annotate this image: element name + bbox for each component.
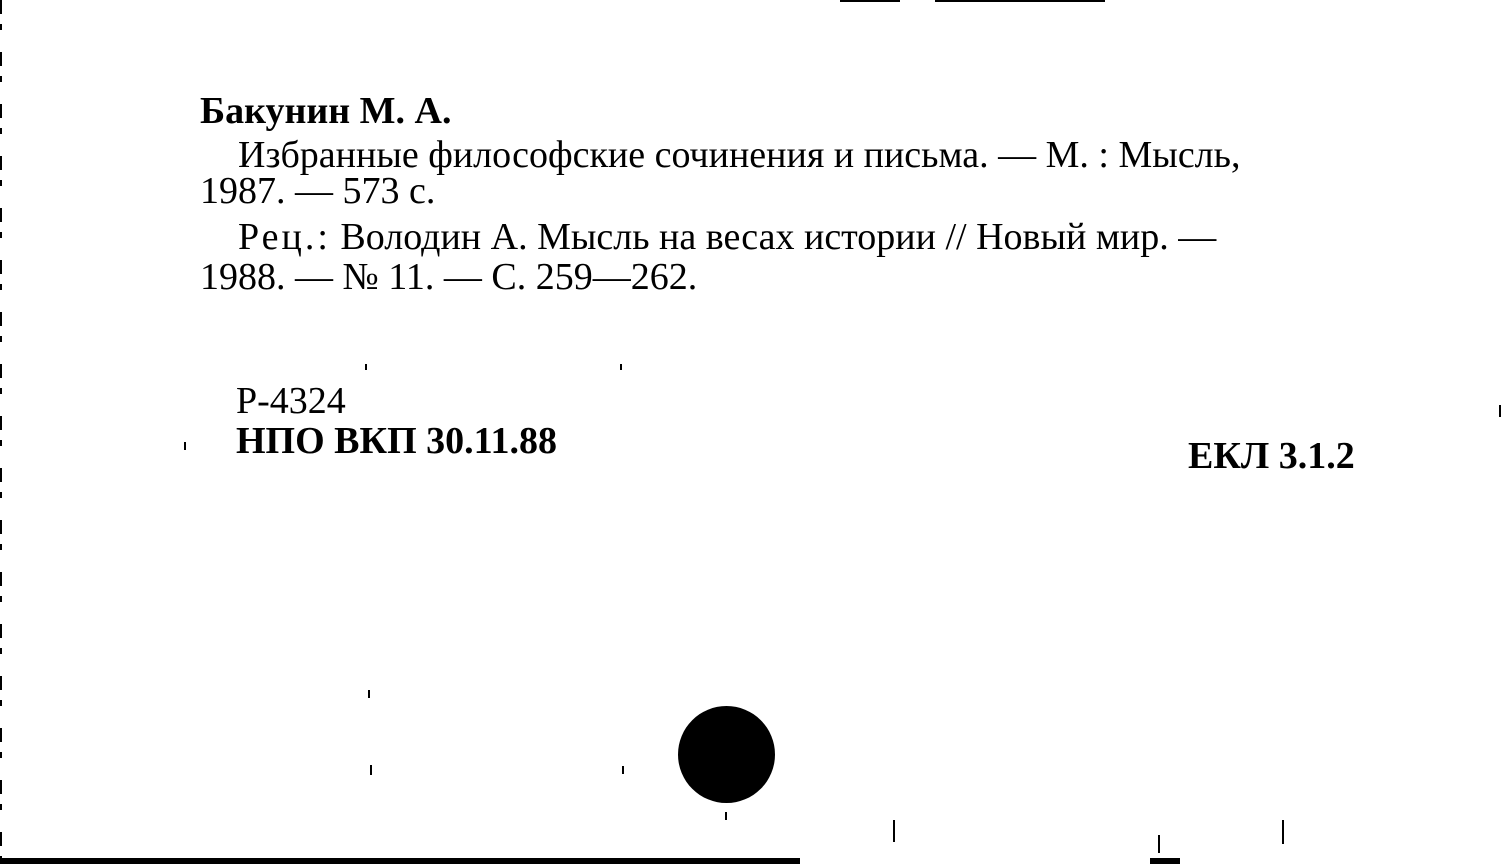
classification-code: ЕКЛ 3.1.2 [1188,437,1355,475]
scan-edge-top [840,0,900,2]
punch-hole [678,706,775,803]
scan-artifact [184,442,186,450]
source-stamp: НПО ВКП 30.11.88 [236,422,557,460]
scan-edge-top [935,0,1105,2]
review-line-2: 1988. — № 11. — С. 259—262. [200,258,697,296]
shelf-mark: Р-4324 [236,382,346,420]
scan-artifact [365,364,367,370]
scan-edge-left [0,0,2,860]
scan-artifact [1282,820,1284,844]
scan-edge-gap [800,858,1150,864]
scan-artifact [622,766,624,774]
scan-artifact [1158,835,1160,853]
title-line-2: 1987. — 573 с. [200,172,435,210]
author-heading: Бакунин М. А. [200,92,451,130]
scan-artifact [725,812,727,820]
scan-artifact [368,690,370,698]
review-label: Рец.: [238,216,331,258]
title-line-1: Избранные философские сочинения и письма… [238,136,1240,174]
scan-artifact [370,765,372,775]
scan-artifact [620,364,622,370]
catalog-card: Бакунин М. А. Избранные философские сочи… [0,0,1501,864]
scan-edge-gap [1180,858,1501,864]
review-citation: Володин А. Мысль на весах истории // Нов… [331,216,1216,258]
review-line-1: Рец.: Володин А. Мысль на весах истории … [238,218,1216,256]
scan-artifact [893,820,895,842]
